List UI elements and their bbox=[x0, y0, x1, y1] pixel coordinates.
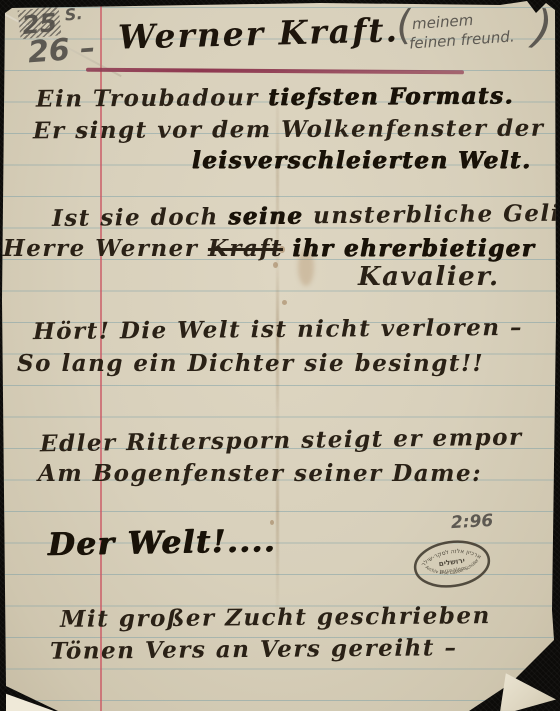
poem-line-5-1: Der Welt!.... bbox=[48, 526, 277, 561]
poem-line-1-2: Er singt vor dem Wolkenfenster der bbox=[33, 117, 545, 143]
poem-line-2-3: Kavalier. bbox=[358, 264, 500, 290]
poem-line-3-2: So lang ein Dichter sie besingt!! bbox=[17, 352, 484, 375]
poem-line-2-1-post: unsterbliche Geliebte. bbox=[303, 199, 560, 229]
page-title: Werner Kraft. bbox=[118, 13, 400, 53]
poem-line-4-2: Am Bogenfenster seiner Dame: bbox=[38, 462, 482, 485]
poem-line-2-1-pre: Ist sie doch bbox=[52, 203, 229, 232]
poem-line-6-2: Tönen Vers an Vers gereiht – bbox=[50, 636, 458, 663]
folio-number-new: 26 – bbox=[27, 34, 96, 69]
poem-line-2-2-post: ihr ehrerbietiger bbox=[283, 235, 535, 262]
poem-line-2-1-emphasis: seine bbox=[228, 202, 303, 230]
archive-number: 2:96 bbox=[451, 513, 494, 532]
poem-line-2-1: Ist sie doch seine unsterbliche Geliebte… bbox=[52, 201, 560, 230]
poem-line-1-1-pre: Ein Troubadour bbox=[36, 84, 269, 113]
stain-dot bbox=[273, 262, 278, 268]
dedication-note-line1: meinem bbox=[412, 13, 474, 32]
poem-line-1-1: Ein Troubadour tiefsten Formats. bbox=[36, 84, 514, 110]
strikethrough-word: Kraft bbox=[208, 235, 283, 262]
poem-line-4-1: Edler Rittersporn steigt er empor bbox=[40, 426, 523, 456]
poem-line-6-1: Mit großer Zucht geschrieben bbox=[60, 604, 491, 631]
poem-line-3-1: Hört! Die Welt ist nicht verloren – bbox=[33, 316, 523, 343]
poem-line-2-2: Herre Werner Kraft ihr ehrerbietiger bbox=[3, 237, 535, 260]
poem-line-2-2-pre: Herre Werner bbox=[3, 235, 208, 262]
stain-dot bbox=[282, 300, 287, 305]
poem-line-1-3: leisverschleierten Welt. bbox=[192, 149, 532, 172]
poem-line-1-1-emphasis: tiefsten Formats. bbox=[268, 82, 514, 111]
manuscript-paper: 25 S. 26 – Werner Kraft. ( meinem feinen… bbox=[0, 0, 560, 711]
